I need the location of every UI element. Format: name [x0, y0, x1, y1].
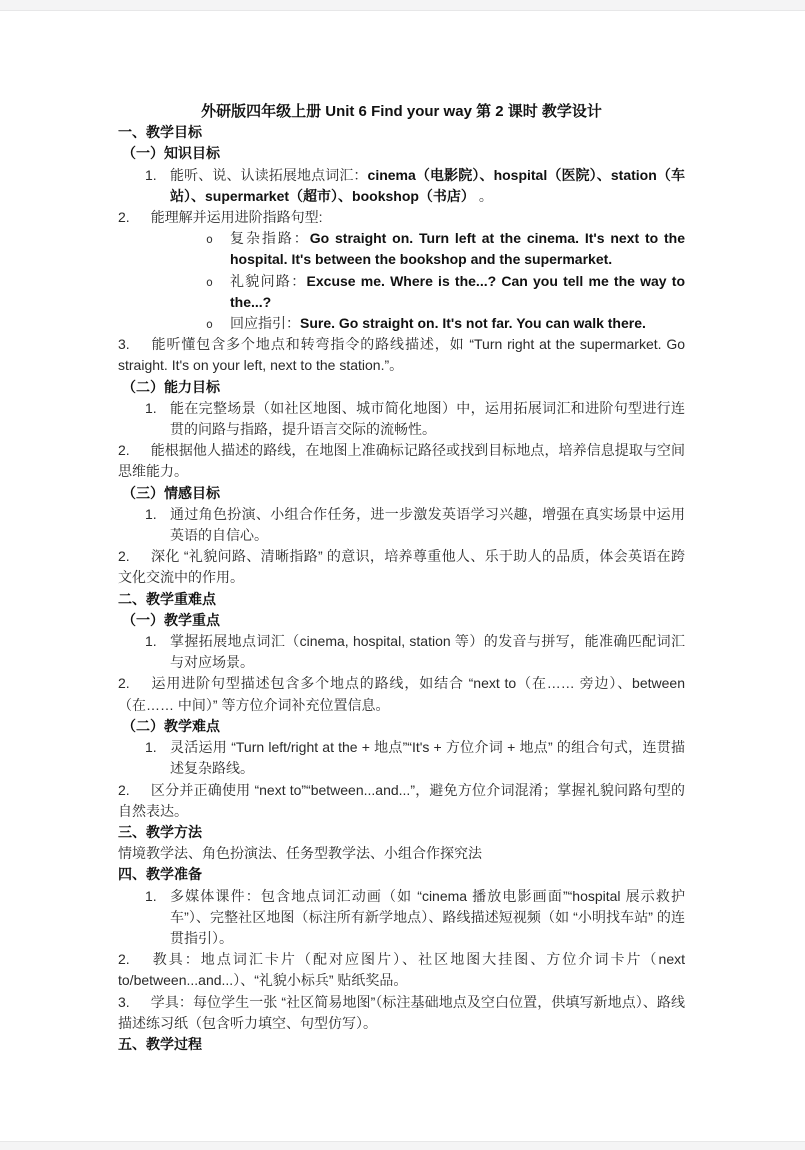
heading-teaching-goals: 一、教学目标	[118, 122, 685, 143]
bullet-complex-directions: o复杂指路：Go straight on. Turn left at the c…	[118, 228, 685, 270]
list-text: 能根据他人描述的路线，在地图上准确标记路径或找到目标地点，培养信息提取与空间思维…	[118, 442, 685, 479]
list-item-preparation-1: 1.多媒体课件：包含地点词汇动画（如 “cinema 播放电影画面”“hospi…	[118, 886, 685, 950]
list-text-lead: 能听、说、认读拓展地点词汇：	[170, 167, 368, 183]
list-text: 能听懂包含多个地点和转弯指令的路线描述，如 “Turn right at the…	[118, 336, 685, 373]
list-text: 教具：地点词汇卡片（配对应图片）、社区地图大挂图、方位介词卡片（next to/…	[118, 951, 685, 988]
subheading-teaching-focus: （一）教学重点	[118, 610, 685, 631]
bullet-response-guiding: o回应指引：Sure. Go straight on. It's not far…	[118, 313, 685, 334]
list-item-focus-1: 1.掌握拓展地点词汇（cinema, hospital, station 等）的…	[118, 631, 685, 673]
list-number: 2.	[118, 675, 130, 691]
viewer-background-top	[0, 0, 805, 11]
document-title: 外研版四年级上册 Unit 6 Find your way 第 2 课时 教学设…	[118, 101, 685, 122]
document-body: 外研版四年级上册 Unit 6 Find your way 第 2 课时 教学设…	[118, 101, 685, 1055]
list-item-difficulty-1: 1.灵活运用 “Turn left/right at the + 地点”“It'…	[118, 737, 685, 779]
list-number: 1.	[145, 631, 157, 652]
circle-bullet-marker: o	[206, 229, 213, 250]
bullet-label: 复杂指路：	[230, 230, 310, 246]
document-page: 外研版四年级上册 Unit 6 Find your way 第 2 课时 教学设…	[0, 11, 805, 1141]
list-text: 区分并正确使用 “next to”“between...and...”，避免方位…	[118, 782, 685, 819]
list-text: 能理解并运用进阶指路句型:	[151, 209, 323, 225]
list-number: 2.	[118, 548, 130, 564]
heading-key-difficult-points: 二、教学重难点	[118, 589, 685, 610]
circle-bullet-marker: o	[206, 314, 213, 335]
bullet-polite-asking: o礼貌问路：Excuse me. Where is the...? Can yo…	[118, 271, 685, 313]
list-item-ability-2: 2.能根据他人描述的路线，在地图上准确标记路径或找到目标地点，培养信息提取与空间…	[118, 440, 685, 482]
subheading-teaching-difficulty: （二）教学难点	[118, 716, 685, 737]
bullet-label: 回应指引：	[230, 315, 300, 331]
subheading-knowledge-goals: （一）知识目标	[118, 143, 685, 164]
list-text: 多媒体课件：包含地点词汇动画（如 “cinema 播放电影画面”“hospita…	[170, 888, 685, 946]
subheading-ability-goals: （二）能力目标	[118, 377, 685, 398]
list-number: 1.	[145, 165, 157, 186]
list-number: 3.	[118, 994, 130, 1010]
list-number: 2.	[118, 209, 130, 225]
bullet-label: 礼貌问路：	[230, 273, 307, 289]
list-item-knowledge-2: 2.能理解并运用进阶指路句型:	[118, 207, 685, 228]
list-number: 1.	[145, 886, 157, 907]
list-item-emotion-1: 1.通过角色扮演、小组合作任务，进一步激发英语学习兴趣，增强在真实场景中运用英语…	[118, 504, 685, 546]
list-text: 学具：每位学生一张 “社区简易地图”（标注基础地点及空白位置，供填写新地点）、路…	[118, 994, 685, 1031]
list-text: 深化 “礼貌问路、清晰指路” 的意识，培养尊重他人、乐于助人的品质，体会英语在跨…	[118, 548, 685, 585]
list-item-preparation-3: 3.学具：每位学生一张 “社区简易地图”（标注基础地点及空白位置，供填写新地点）…	[118, 992, 685, 1034]
list-number: 1.	[145, 398, 157, 419]
subheading-emotion-goals: （三）情感目标	[118, 483, 685, 504]
list-text: 运用进阶句型描述包含多个地点的路线，如结合 “next to（在…… 旁边）、b…	[118, 675, 685, 712]
list-text: 能在完整场景（如社区地图、城市简化地图）中，运用拓展词汇和进阶句型进行连贯的问路…	[170, 400, 685, 437]
list-number: 2.	[118, 782, 130, 798]
list-number: 1.	[145, 504, 157, 525]
list-text-tail: 。	[475, 188, 493, 204]
list-number: 3.	[118, 336, 130, 352]
circle-bullet-marker: o	[206, 272, 213, 293]
list-item-ability-1: 1.能在完整场景（如社区地图、城市简化地图）中，运用拓展词汇和进阶句型进行连贯的…	[118, 398, 685, 440]
list-item-knowledge-3: 3.能听懂包含多个地点和转弯指令的路线描述，如 “Turn right at t…	[118, 334, 685, 376]
list-item-difficulty-2: 2.区分并正确使用 “next to”“between...and...”，避免…	[118, 780, 685, 822]
document-viewer: 外研版四年级上册 Unit 6 Find your way 第 2 课时 教学设…	[0, 0, 805, 1150]
heading-teaching-preparation: 四、教学准备	[118, 864, 685, 885]
viewer-background-bottom	[0, 1141, 805, 1150]
list-item-knowledge-1: 1.能听、说、认读拓展地点词汇：cinema（电影院）、hospital（医院）…	[118, 165, 685, 207]
list-item-focus-2: 2.运用进阶句型描述包含多个地点的路线，如结合 “next to（在…… 旁边）…	[118, 673, 685, 715]
list-number: 1.	[145, 737, 157, 758]
list-number: 2.	[118, 951, 130, 967]
list-text: 灵活运用 “Turn left/right at the + 地点”“It's …	[170, 739, 685, 776]
heading-teaching-process: 五、教学过程	[118, 1034, 685, 1055]
list-text: 通过角色扮演、小组合作任务，进一步激发英语学习兴趣，增强在真实场景中运用英语的自…	[170, 506, 685, 543]
list-item-preparation-2: 2.教具：地点词汇卡片（配对应图片）、社区地图大挂图、方位介词卡片（next t…	[118, 949, 685, 991]
teaching-methods-text: 情境教学法、角色扮演法、任务型教学法、小组合作探究法	[118, 843, 685, 864]
heading-teaching-methods: 三、教学方法	[118, 822, 685, 843]
bullet-sentence-bold: Sure. Go straight on. It's not far. You …	[300, 315, 646, 331]
list-number: 2.	[118, 442, 130, 458]
list-item-emotion-2: 2.深化 “礼貌问路、清晰指路” 的意识，培养尊重他人、乐于助人的品质，体会英语…	[118, 546, 685, 588]
list-text: 掌握拓展地点词汇（cinema, hospital, station 等）的发音…	[170, 633, 685, 670]
